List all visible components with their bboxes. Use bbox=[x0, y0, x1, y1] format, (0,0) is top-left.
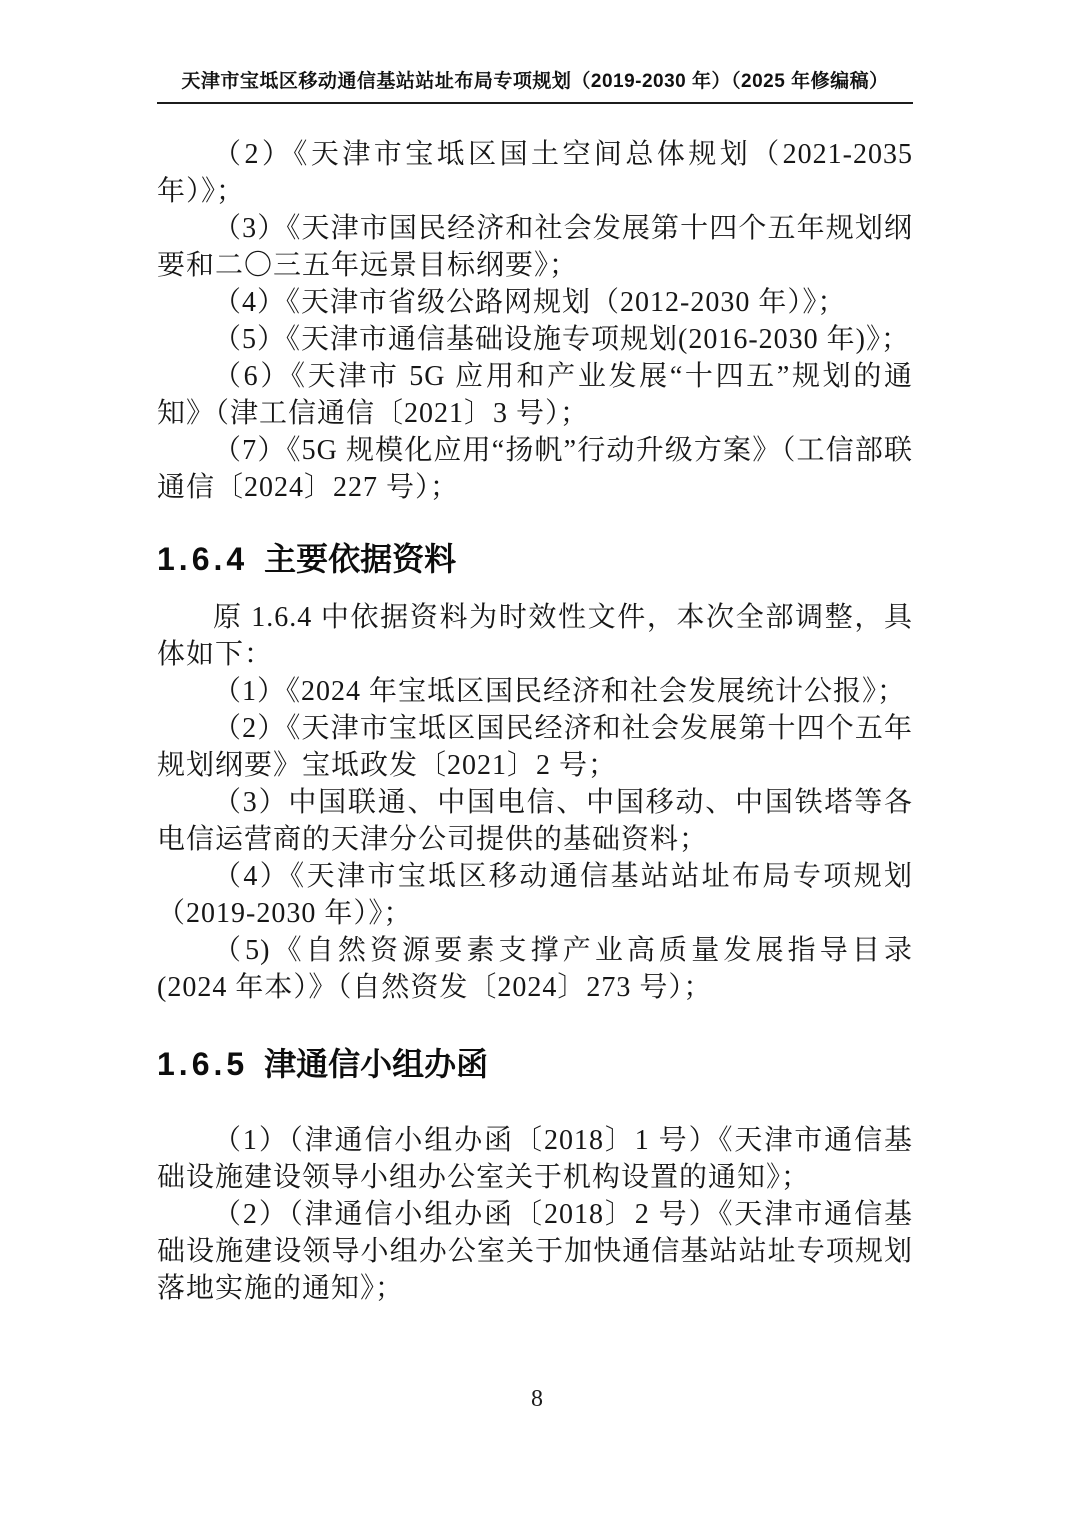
letter-item-1: （1）（津通信小组办函〔2018〕1 号）《天津市通信基础设施建设领导小组办公室… bbox=[157, 1122, 913, 1196]
section-1-6-4-intro: 原 1.6.4 中依据资料为时效性文件，本次全部调整，具体如下： bbox=[157, 599, 913, 673]
page-header: 天津市宝坻区移动通信基站站址布局专项规划（2019-2030 年）（2025 年… bbox=[157, 70, 913, 104]
reference-item-4: （4）《天津市省级公路网规划（2012-2030 年）》； bbox=[157, 284, 913, 321]
page-footer: 8 bbox=[0, 1385, 1074, 1413]
basis-item-5: （5)《自然资源要素支撑产业高质量发展指导目录(2024 年本）》（自然资发〔2… bbox=[157, 932, 913, 1006]
letter-item-2: （2）（津通信小组办函〔2018〕2 号）《天津市通信基础设施建设领导小组办公室… bbox=[157, 1196, 913, 1307]
basis-item-4: （4）《天津市宝坻区移动通信基站站址布局专项规划（2019-2030 年）》； bbox=[157, 858, 913, 932]
section-heading-1-6-5: 1.6.5津通信小组办函 bbox=[157, 1044, 913, 1084]
document-page: 天津市宝坻区移动通信基站站址布局专项规划（2019-2030 年）（2025 年… bbox=[0, 0, 1074, 1520]
section-title-1-6-4: 主要依据资料 bbox=[264, 541, 456, 577]
page-header-title: 天津市宝坻区移动通信基站站址布局专项规划（2019-2030 年）（2025 年… bbox=[181, 71, 888, 92]
page-number: 8 bbox=[531, 1386, 543, 1412]
section-title-1-6-5: 津通信小组办函 bbox=[264, 1046, 488, 1082]
basis-item-3: （3）中国联通、中国电信、中国移动、中国铁塔等各电信运营商的天津分公司提供的基础… bbox=[157, 784, 913, 858]
reference-item-5: （5）《天津市通信基础设施专项规划(2016-2030 年)》； bbox=[157, 321, 913, 358]
section-number-1-6-4: 1.6.4 bbox=[157, 541, 248, 577]
body-text: （2）《天津市宝坻区国土空间总体规划（2021-2035 年）》； （3）《天津… bbox=[157, 136, 913, 1307]
basis-item-2: （2）《天津市宝坻区国民经济和社会发展第十四个五年规划纲要》宝坻政发〔2021〕… bbox=[157, 710, 913, 784]
basis-item-1: （1）《2024 年宝坻区国民经济和社会发展统计公报》； bbox=[157, 673, 913, 710]
reference-item-2: （2）《天津市宝坻区国土空间总体规划（2021-2035 年）》； bbox=[157, 136, 913, 210]
reference-item-7: （7）《5G 规模化应用“扬帆”行动升级方案》（工信部联通信〔2024〕227 … bbox=[157, 432, 913, 506]
page-content: 天津市宝坻区移动通信基站站址布局专项规划（2019-2030 年）（2025 年… bbox=[157, 0, 913, 1307]
reference-item-6: （6）《天津市 5G 应用和产业发展“十四五”规划的通知》（津工信通信〔2021… bbox=[157, 358, 913, 432]
reference-item-3: （3）《天津市国民经济和社会发展第十四个五年规划纲要和二〇三五年远景目标纲要》； bbox=[157, 210, 913, 284]
section-heading-1-6-4: 1.6.4主要依据资料 bbox=[157, 539, 913, 579]
section-number-1-6-5: 1.6.5 bbox=[157, 1046, 248, 1082]
